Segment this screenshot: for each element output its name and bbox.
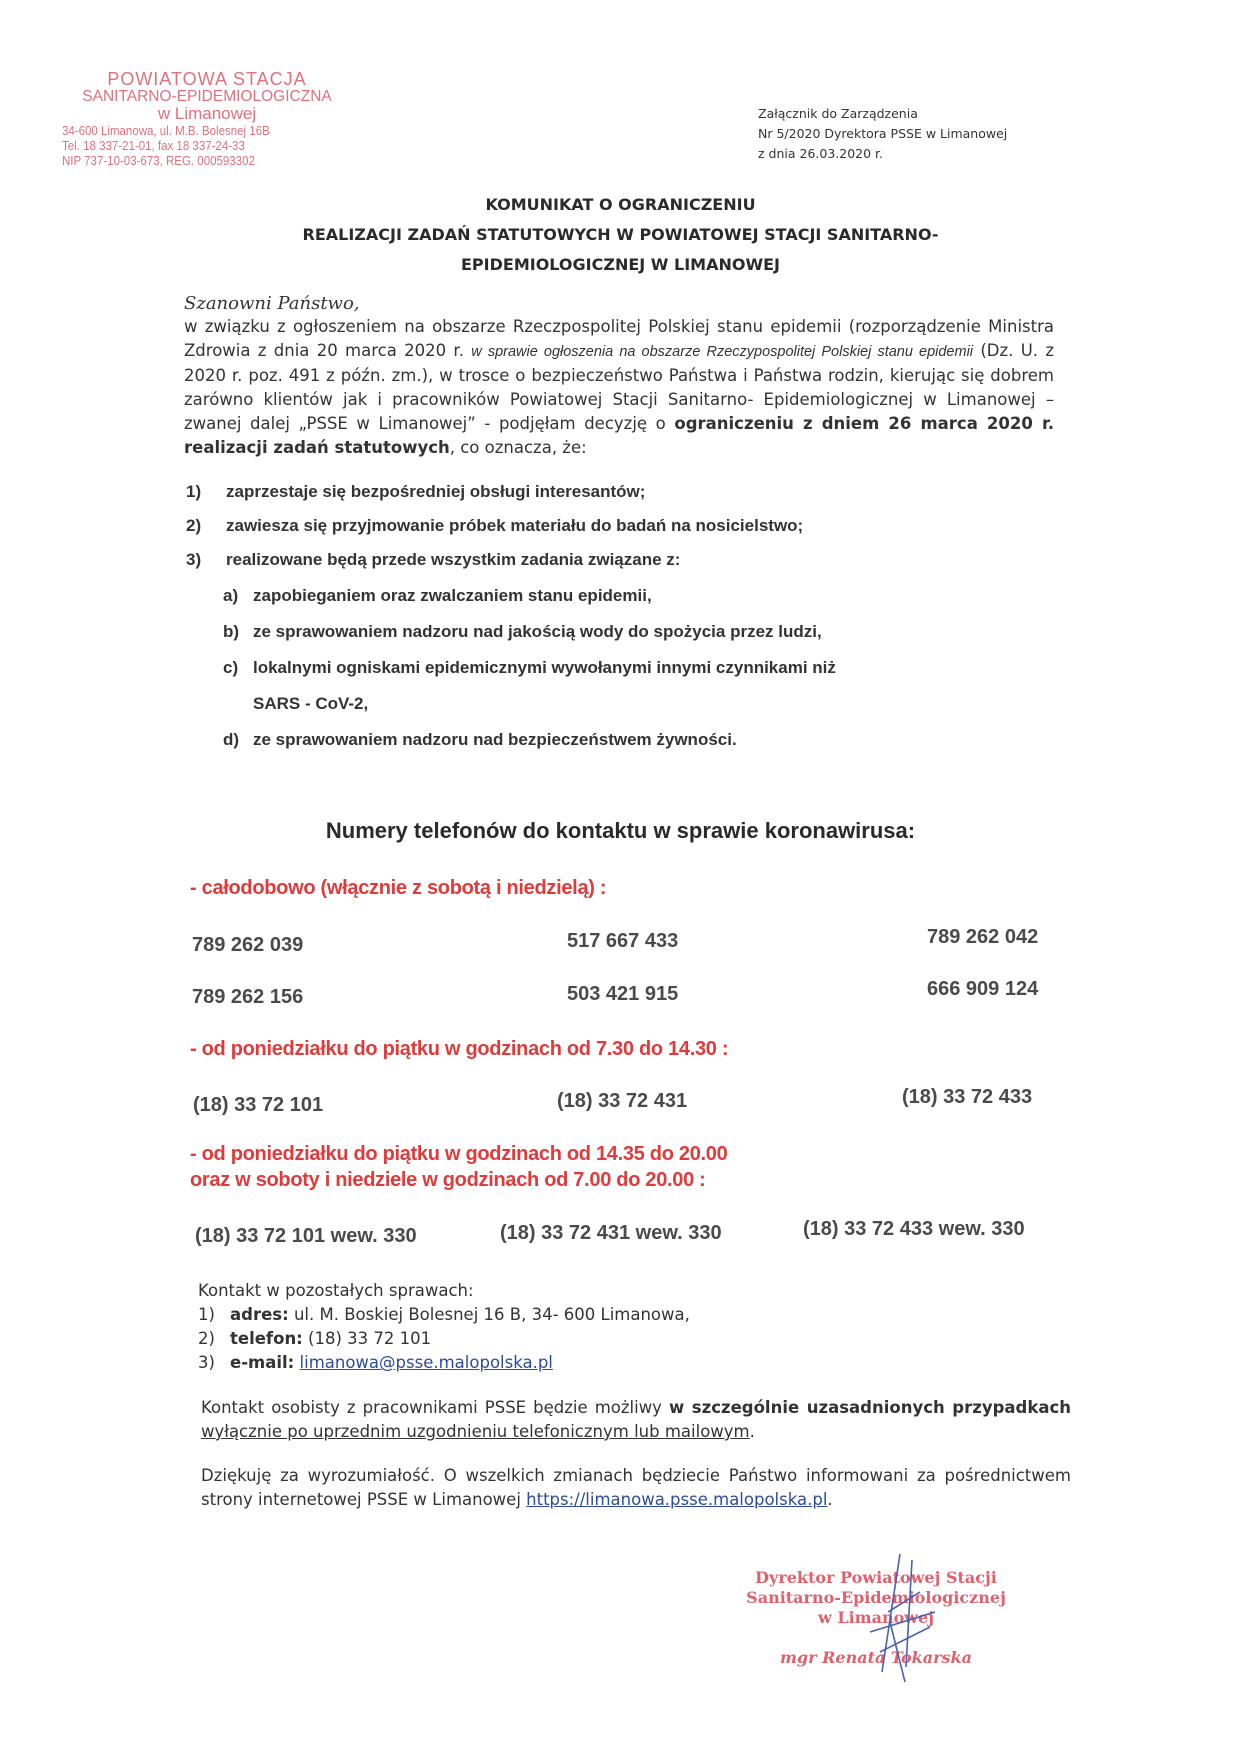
title-line: REALIZACJI ZADAŃ STATUTOWYCH W POWIATOWE…: [0, 220, 1241, 250]
stamp-line: NIP 737-10-03-673, REG. 000593302: [62, 155, 329, 168]
personal-contact-paragraph: Kontakt osobisty z pracownikami PSSE będ…: [201, 1396, 1071, 1444]
email-link[interactable]: limanowa@psse.malopolska.pl: [300, 1353, 553, 1372]
annex-note: Załącznik do Zarządzenia Nr 5/2020 Dyrek…: [758, 104, 1007, 164]
stamp-line: SANITARNO-EPIDEMIOLOGICZNA: [62, 89, 352, 105]
phone-number[interactable]: (18) 33 72 431 wew. 330: [500, 1222, 722, 1245]
phone-number[interactable]: (18) 33 72 101 wew. 330: [195, 1225, 417, 1248]
handwritten-signature-icon: [860, 1552, 950, 1692]
contact-address: 1)adres: ul. M. Boskiej Bolesnej 16 B, 3…: [198, 1303, 690, 1327]
phones-heading: Numery telefonów do kontaktu w sprawie k…: [0, 818, 1241, 844]
sub-list-item: b)ze sprawowaniem nadzoru nad jakością w…: [223, 622, 822, 642]
annex-line: Nr 5/2020 Dyrektora PSSE w Limanowej: [758, 124, 1007, 144]
phone-number[interactable]: (18) 33 72 431: [557, 1090, 687, 1113]
list-item: 2)zawiesza się przyjmowanie próbek mater…: [186, 516, 803, 536]
group-label-24h: - całodobowo (włącznie z sobotą i niedzi…: [190, 877, 606, 900]
stamp-line: Tel. 18 337-21-01, fax 18 337-24-33: [62, 140, 329, 153]
phone-number[interactable]: 789 262 039: [192, 934, 303, 957]
group-label-weekday-day: - od poniedziałku do piątku w godzinach …: [190, 1038, 728, 1061]
stamp-line: 34-600 Limanowa, ul. M.B. Bolesnej 16B: [62, 125, 329, 138]
closing-paragraph: Dziękuję za wyrozumiałość. O wszelkich z…: [201, 1464, 1071, 1512]
group-label-evening-weekend: - od poniedziałku do piątku w godzinach …: [190, 1141, 727, 1193]
website-link[interactable]: https://limanowa.psse.malopolska.pl: [526, 1490, 827, 1509]
greeting: Szanowni Państwo,: [184, 293, 360, 314]
phone-number[interactable]: 666 909 124: [927, 978, 1038, 1001]
stamp-line: POWIATOWA STACJA: [62, 70, 352, 89]
sub-list-item: c)lokalnymi ogniskami epidemicznymi wywo…: [223, 658, 836, 678]
contact-heading: Kontakt w pozostałych sprawach:: [198, 1279, 690, 1303]
phone-number[interactable]: 789 262 156: [192, 986, 303, 1009]
institution-stamp: POWIATOWA STACJA SANITARNO-EPIDEMIOLOGIC…: [62, 70, 352, 168]
phone-number[interactable]: (18) 33 72 433 wew. 330: [803, 1218, 1025, 1241]
document-title: KOMUNIKAT O OGRANICZENIU REALIZACJI ZADA…: [0, 190, 1241, 280]
stamp-line: w Limanowej: [62, 105, 352, 123]
intro-paragraph: w związku z ogłoszeniem na obszarze Rzec…: [184, 315, 1054, 460]
phone-number[interactable]: 789 262 042: [927, 926, 1038, 949]
phone-number[interactable]: (18) 33 72 433: [902, 1086, 1032, 1109]
phone-number[interactable]: 503 421 915: [567, 983, 678, 1006]
contact-phone: 2)telefon: (18) 33 72 101: [198, 1327, 690, 1351]
contact-email: 3)e-mail: limanowa@psse.malopolska.pl: [198, 1351, 690, 1375]
sub-list-item: a)zapobieganiem oraz zwalczaniem stanu e…: [223, 586, 652, 606]
title-line: EPIDEMIOLOGICZNEJ W LIMANOWEJ: [0, 250, 1241, 280]
phone-number[interactable]: 517 667 433: [567, 930, 678, 953]
sub-list-item: d)ze sprawowaniem nadzoru nad bezpieczeń…: [223, 730, 737, 750]
phone-number[interactable]: (18) 33 72 101: [193, 1094, 323, 1117]
title-line: KOMUNIKAT O OGRANICZENIU: [0, 190, 1241, 220]
annex-line: z dnia 26.03.2020 r.: [758, 144, 1007, 164]
sub-list-item-continuation: SARS - CoV-2,: [253, 694, 368, 714]
annex-line: Załącznik do Zarządzenia: [758, 104, 1007, 124]
other-contact: Kontakt w pozostałych sprawach: 1)adres:…: [198, 1279, 690, 1375]
list-item: 1)zaprzestaje się bezpośredniej obsługi …: [186, 482, 645, 502]
list-item: 3)realizowane będą przede wszystkim zada…: [186, 550, 680, 570]
